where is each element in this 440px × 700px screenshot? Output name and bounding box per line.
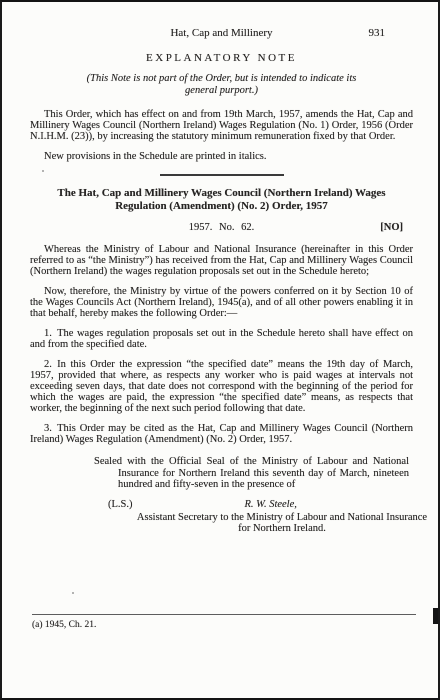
article-3: 3. This Order may be cited as the Hat, C…: [30, 423, 413, 445]
order-number: 1957. No. 62.: [189, 222, 254, 233]
recital-now-therefore: Now, therefore, the Ministry by virtue o…: [30, 286, 413, 319]
seal-mark: (L.S.): [108, 499, 133, 510]
page-content: Hat, Cap and Millinery 931 EXPLANATORY N…: [30, 28, 413, 535]
article-1: 1. The wages regulation proposals set ou…: [30, 328, 413, 350]
explanatory-note-heading: EXPLANATORY NOTE: [30, 53, 413, 64]
footnote-separator-rule: [32, 614, 416, 615]
scan-ink-mark: [433, 608, 438, 624]
margin-reference: [NO]: [380, 222, 403, 233]
page-number: 931: [369, 28, 386, 39]
explanatory-note-paragraph: This Order, which has effect on and from…: [30, 109, 413, 142]
signatory-name: R. W. Steele,: [245, 499, 297, 510]
recital-whereas: Whereas the Ministry of Labour and Natio…: [30, 244, 413, 277]
running-header: Hat, Cap and Millinery: [30, 28, 413, 39]
order-number-row: 1957. No. 62. [NO]: [30, 222, 413, 233]
footnote: (a) 1945, Ch. 21.: [32, 620, 96, 631]
scan-noise: [302, 252, 304, 254]
order-title: The Hat, Cap and Millinery Wages Council…: [48, 187, 395, 212]
scan-noise: [42, 170, 44, 172]
signatory-title: Assistant Secretary to the Ministry of L…: [132, 512, 432, 535]
scan-noise: [72, 592, 74, 594]
sealing-clause: Sealed with the Official Seal of the Min…: [94, 456, 409, 491]
article-2: 2. In this Order the expression “the spe…: [30, 359, 413, 414]
running-title: Hat, Cap and Millinery: [170, 27, 272, 39]
explanatory-note-disclaimer: (This Note is not part of the Order, but…: [78, 73, 365, 97]
signature-row: (L.S.) R. W. Steele,: [108, 499, 413, 510]
section-divider-rule: [160, 174, 284, 176]
italics-provision-note: New provisions in the Schedule are print…: [30, 151, 413, 162]
scanned-document-page: Hat, Cap and Millinery 931 EXPLANATORY N…: [0, 0, 440, 700]
